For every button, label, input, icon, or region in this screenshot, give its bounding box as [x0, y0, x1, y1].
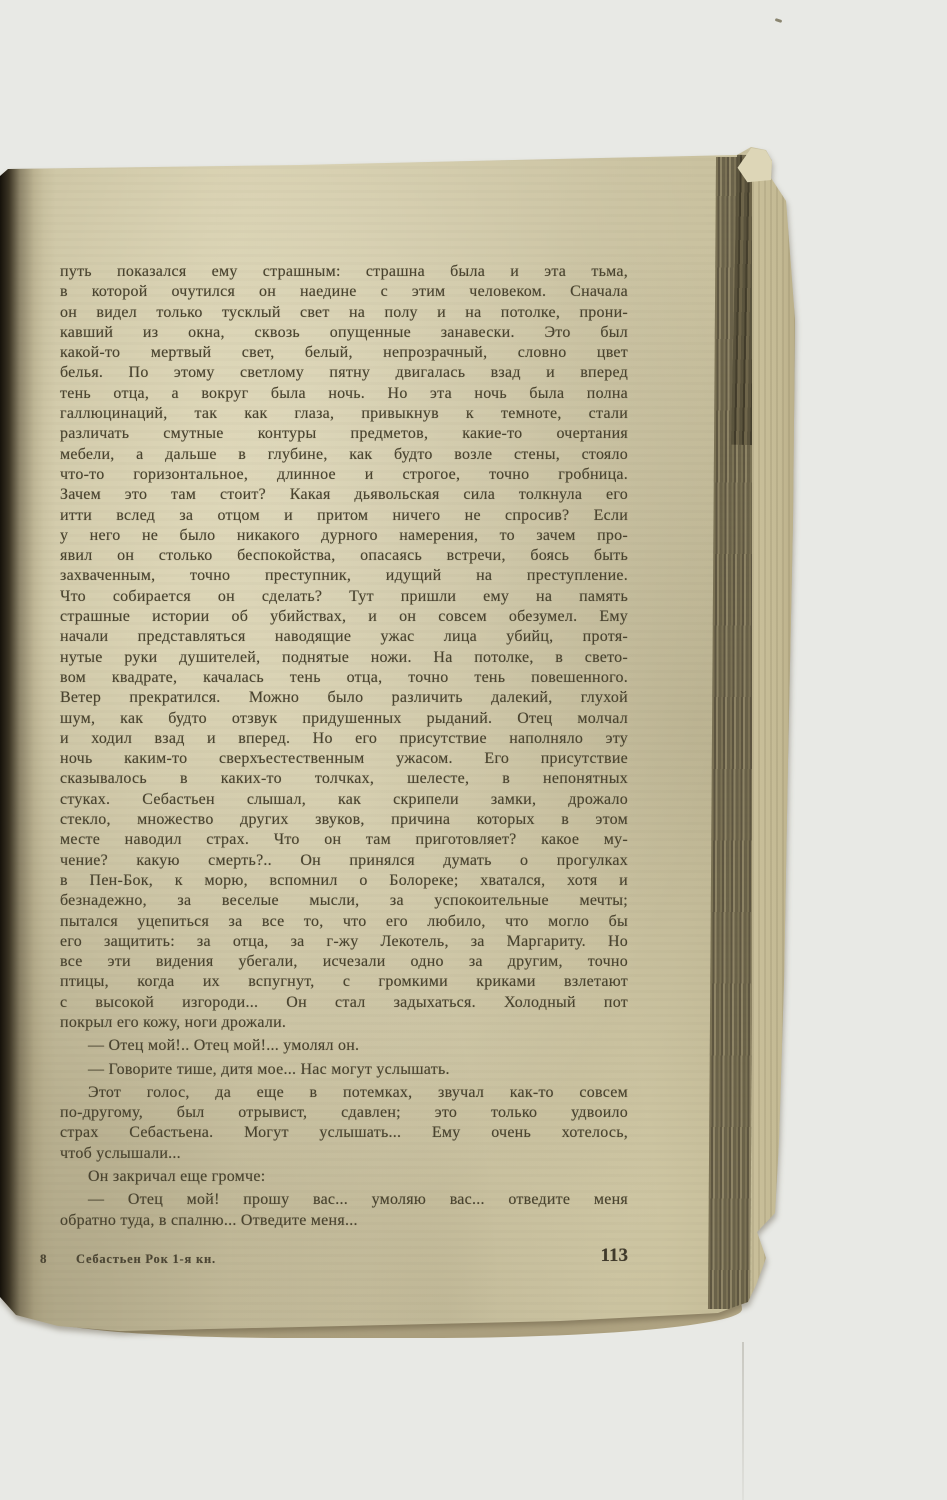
text-line: галлюцинаций, так как глаза, привыкнув к…	[60, 404, 628, 424]
gutter-shadow	[0, 163, 56, 1331]
paragraph: путь показался ему страшным: страшна был…	[60, 262, 628, 1033]
text-line: пытался уцепиться за все то, что его люб…	[60, 912, 628, 932]
text-line: чтоб услышали...	[60, 1144, 628, 1164]
page-number: 113	[560, 1245, 628, 1267]
text-line: безнадежно, за веселые мысли, за успокои…	[60, 891, 628, 911]
text-line: что-то горизонтальное, длинное и строгое…	[60, 465, 628, 485]
footer-signature-title: Себастьен Рок 1-я кн.	[76, 1252, 216, 1267]
text-line: у него не было никакого дурного намерени…	[60, 526, 628, 546]
dust-speck	[775, 18, 783, 23]
text-line: страшные истории об убийствах, и он совс…	[60, 607, 628, 627]
fore-edge-light-band	[752, 159, 798, 1311]
text-line: шум, как будто отзвук придушенных рыдани…	[60, 709, 628, 729]
text-line: нутые руки душителей, поднятые ножи. На …	[60, 648, 628, 668]
text-line: покрыл его кожу, ноги дрожали.	[60, 1013, 628, 1033]
text-line: Что собирается он сделать? Тут пришли ем…	[60, 587, 628, 607]
text-line: явил он столько беспокойства, опасаясь в…	[60, 546, 628, 566]
text-line: мебели, а дальше в глубине, как будто во…	[60, 445, 628, 465]
text-line: — Отец мой! прошу вас... умоляю вас... о…	[60, 1190, 628, 1210]
text-line: его защитить: за отца, за г-жу Лекотель,…	[60, 932, 628, 952]
text-line: белья. По этому светлому пятну двигалась…	[60, 363, 628, 383]
text-line: вом квадрате, качалась тень отца, точно …	[60, 668, 628, 688]
background-crease	[742, 1342, 744, 1500]
text-line: ночь каким-то сверхъестественным ужасом.…	[60, 749, 628, 769]
paragraph: Он закричал еще громче:	[60, 1167, 628, 1187]
book-page-wrapper: путь показался ему страшным: страшна был…	[0, 145, 810, 1345]
text-block: путь показался ему страшным: страшна был…	[60, 262, 628, 1231]
text-line: Он закричал еще громче:	[60, 1167, 628, 1187]
text-line: и ходил взад и вперед. Но его присутстви…	[60, 729, 628, 749]
text-line: месте наводил страх. Что он там приготов…	[60, 830, 628, 850]
paragraph: Этот голос, да еще в потемках, звучал ка…	[60, 1083, 628, 1164]
text-line: — Говорите тише, дитя мое... Нас могут у…	[60, 1060, 628, 1080]
text-line: страх Себастьена. Могут услышать... Ему …	[60, 1123, 628, 1143]
scanner-background: { "page": { "paragraphs": [ { "indent": …	[0, 0, 947, 1500]
text-line: по-другому, был отрывист, сдавлен; это т…	[60, 1103, 628, 1123]
text-line: все эти видения убегали, исчезали одно з…	[60, 952, 628, 972]
text-line: Этот голос, да еще в потемках, звучал ка…	[60, 1083, 628, 1103]
text-line: в которой очутился он наедине с этим чел…	[60, 282, 628, 302]
text-line: он видел только тусклый свет на полу и н…	[60, 303, 628, 323]
text-line: Зачем это там стоит? Какая дьявольская с…	[60, 485, 628, 505]
text-line: какой-то мертвый свет, белый, непрозрачн…	[60, 343, 628, 363]
text-line: различать смутные контуры предметов, как…	[60, 424, 628, 444]
text-line: кавший из окна, сквозь опущенные занавес…	[60, 323, 628, 343]
text-line: начали представляться наводящие ужас лиц…	[60, 627, 628, 647]
text-line: сказывалось в каких-то толчках, шелесте,…	[60, 769, 628, 789]
text-line: стекло, множество других звуков, причина…	[60, 810, 628, 830]
text-line: чение? какую смерть?.. Он принялся думат…	[60, 851, 628, 871]
text-line: Ветер прекратился. Можно было различить …	[60, 688, 628, 708]
paragraph: — Отец мой! прошу вас... умоляю вас... о…	[60, 1190, 628, 1231]
paragraph: — Отец мой!.. Отец мой!... умолял он.	[60, 1036, 628, 1056]
text-line: обратно туда, в спалню... Отведите меня.…	[60, 1211, 628, 1231]
text-line: в Пен-Бок, к морю, вспомнил о Болореке; …	[60, 871, 628, 891]
text-line: с высокой изгороди... Он стал задыхаться…	[60, 993, 628, 1013]
footer-signature-number: 8	[40, 1251, 47, 1267]
book-page: путь показался ему страшным: страшна был…	[0, 145, 810, 1345]
text-line: итти вслед за отцом и притом ничего не с…	[60, 506, 628, 526]
text-line: захваченным, точно преступник, идущий на…	[60, 566, 628, 586]
text-line: путь показался ему страшным: страшна был…	[60, 262, 628, 282]
text-line: тень отца, а вокруг была ночь. Но эта но…	[60, 384, 628, 404]
text-line: — Отец мой!.. Отец мой!... умолял он.	[60, 1036, 628, 1056]
paragraph: — Говорите тише, дитя мое... Нас могут у…	[60, 1060, 628, 1080]
text-line: птицы, когда их вспугнут, с громкими кри…	[60, 972, 628, 992]
text-line: стуках. Себастьен слышал, как скрипели з…	[60, 790, 628, 810]
